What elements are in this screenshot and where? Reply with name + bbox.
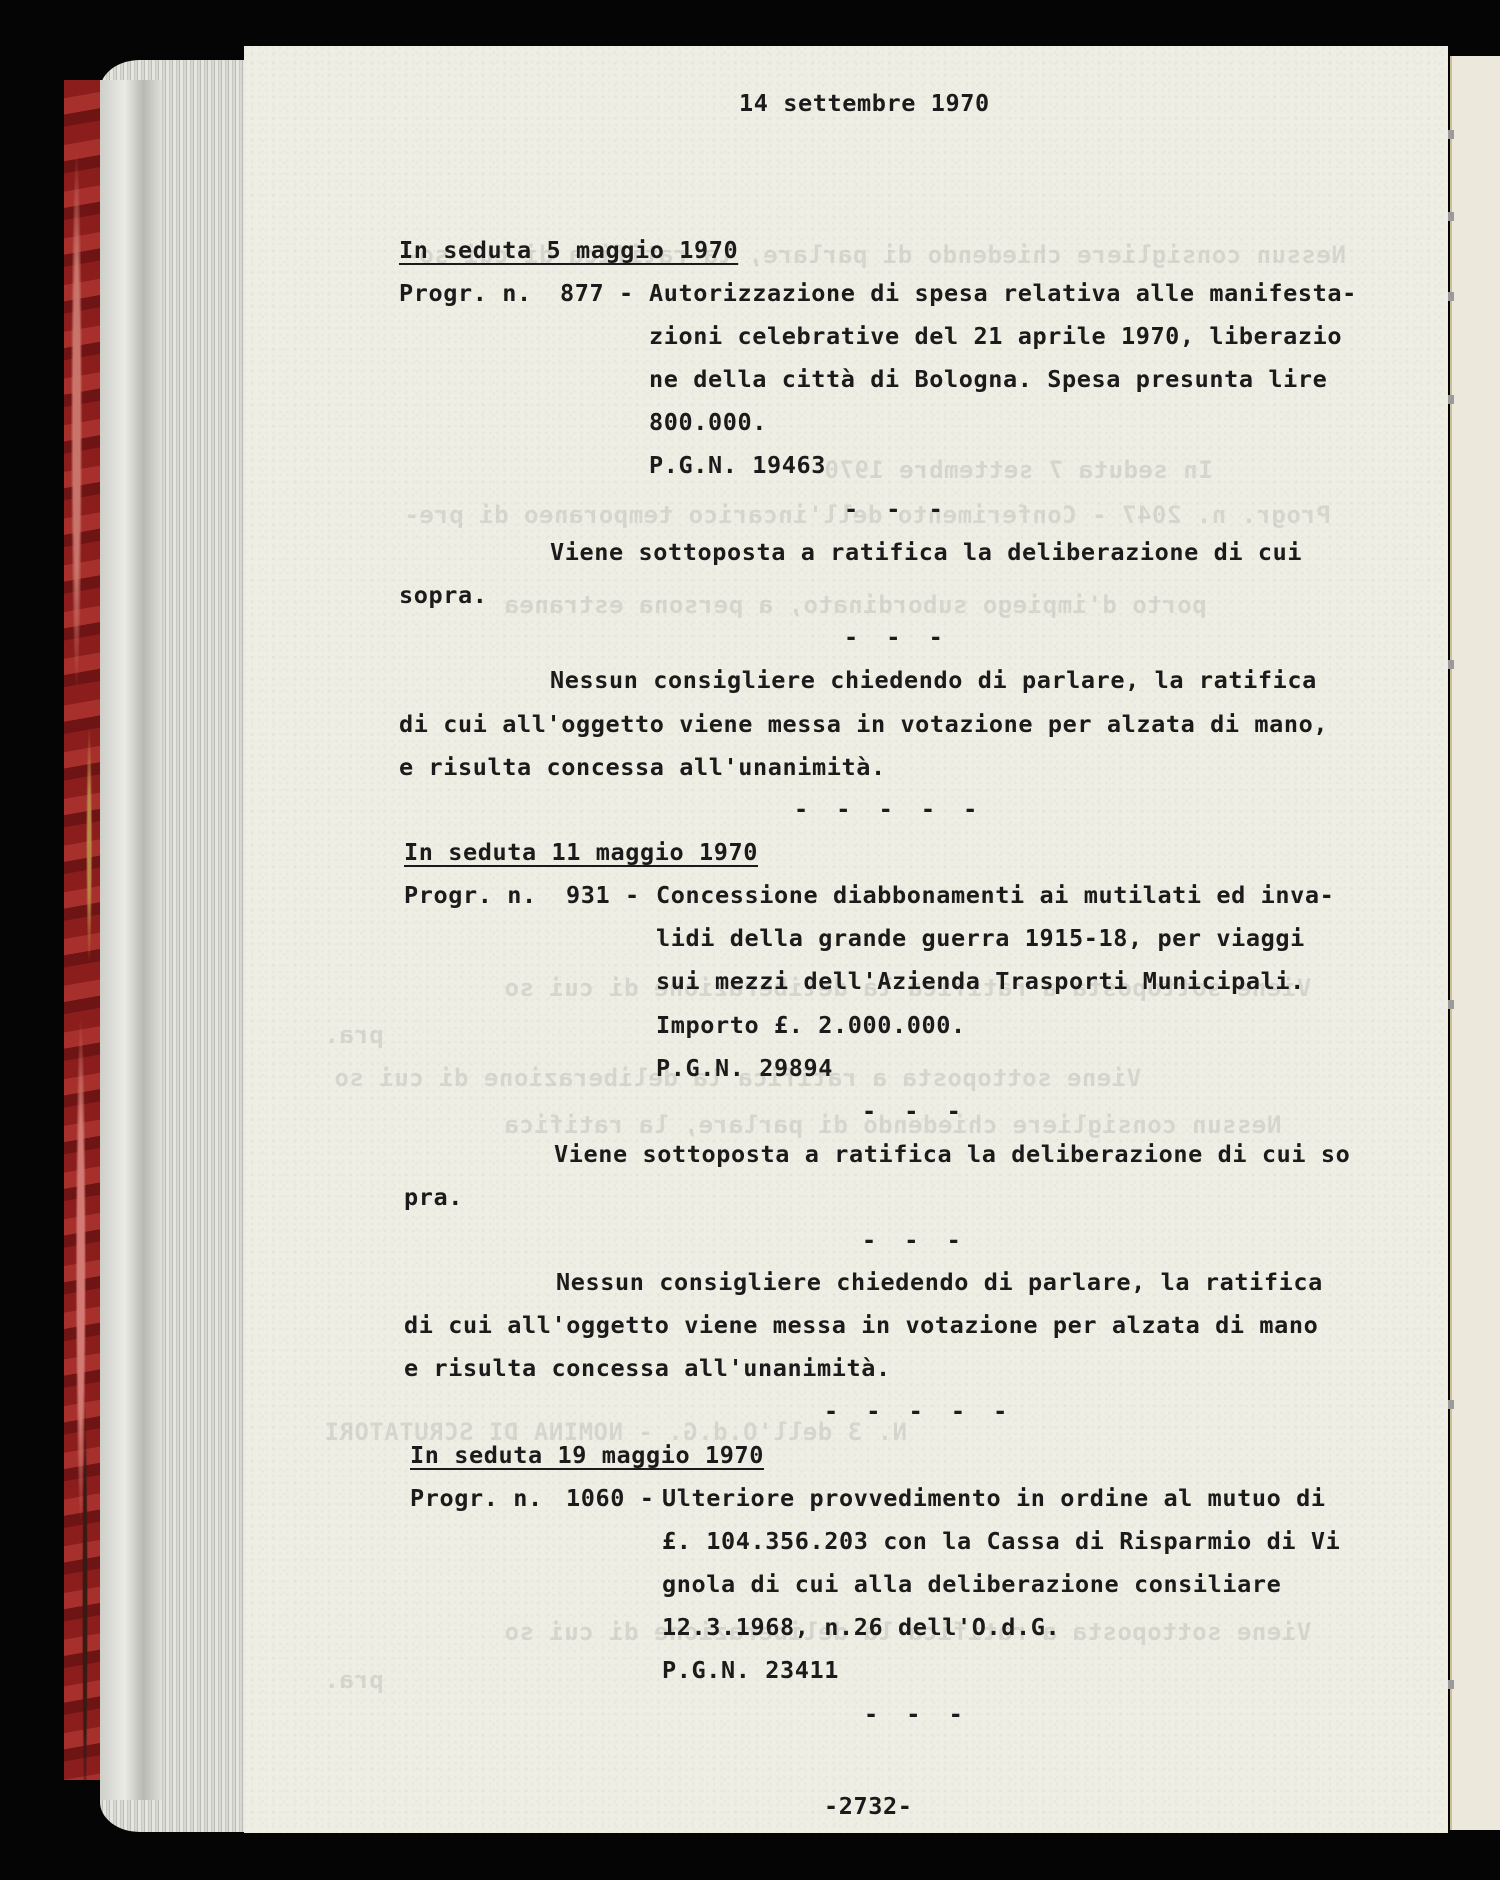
page-number: -2732- xyxy=(824,1795,913,1819)
separator: - - - - - xyxy=(824,1400,1014,1424)
vote-text: Nessun consigliere chiedendo di parlare,… xyxy=(556,1271,1323,1295)
separator: - - - xyxy=(844,498,950,522)
description-line: ne della città di Bologna. Spesa presunt… xyxy=(649,368,1327,392)
facing-page-edge xyxy=(1450,56,1500,1830)
separator: - - - xyxy=(862,1100,968,1124)
progr-number: 1060 - xyxy=(566,1487,655,1511)
separator: - - - - - xyxy=(794,798,984,822)
description-line: Autorizzazione di spesa relativa alle ma… xyxy=(649,282,1357,306)
pgn-number: P.G.N. 23411 xyxy=(662,1659,839,1683)
session-heading: In seduta 11 maggio 1970 xyxy=(404,841,758,865)
vote-text: di cui all'oggetto viene messa in votazi… xyxy=(399,713,1328,737)
document-page: Nessun consigliere chiedendo di parlare,… xyxy=(244,46,1448,1833)
description-line: Concessione diabbonamenti ai mutilati ed… xyxy=(656,884,1334,908)
show-through-text: pra. xyxy=(324,1021,384,1049)
progr-number: 877 - xyxy=(560,282,634,306)
vote-text: e risulta concessa all'unanimità. xyxy=(404,1357,891,1381)
session-heading: In seduta 5 maggio 1970 xyxy=(399,239,738,263)
page-edges-inner xyxy=(100,80,162,1800)
session-heading: In seduta 19 maggio 1970 xyxy=(410,1444,764,1468)
description-line: £. 104.356.203 con la Cassa di Risparmio… xyxy=(662,1530,1340,1554)
separator: - - - xyxy=(862,1229,968,1253)
pgn-number: P.G.N. 29894 xyxy=(656,1057,833,1081)
show-through-text: In seduta 7 settembre 1970 xyxy=(824,456,1213,484)
ratifica-text: Viene sottoposta a ratifica la deliberaz… xyxy=(550,541,1302,565)
ratifica-text: pra. xyxy=(404,1186,463,1210)
description-line: Importo £. 2.000.000. xyxy=(656,1014,966,1038)
description-line: sui mezzi dell'Azienda Trasporti Municip… xyxy=(656,970,1305,994)
description-line: zioni celebrative del 21 aprile 1970, li… xyxy=(649,325,1342,349)
description-line: Ulteriore provvedimento in ordine al mut… xyxy=(662,1487,1326,1511)
ratifica-text: sopra. xyxy=(399,584,488,608)
description-line: 800.000. xyxy=(649,411,767,435)
header-date: 14 settembre 1970 xyxy=(739,92,990,116)
pgn-number: P.G.N. 19463 xyxy=(649,454,826,478)
separator: - - - xyxy=(864,1703,970,1727)
separator: - - - xyxy=(844,626,950,650)
description-line: 12.3.1968, n.26 dell'O.d.G. xyxy=(662,1616,1060,1640)
progr-number: 931 - xyxy=(566,884,640,908)
vote-text: Nessun consigliere chiedendo di parlare,… xyxy=(550,669,1317,693)
ratifica-text: Viene sottoposta a ratifica la deliberaz… xyxy=(554,1143,1350,1167)
vote-text: e risulta concessa all'unanimità. xyxy=(399,756,886,780)
description-line: lidi della grande guerra 1915-18, per vi… xyxy=(656,927,1305,951)
show-through-text: porto d'impiego subordinato, a persona e… xyxy=(504,591,1207,619)
progr-label: Progr. n. xyxy=(404,884,537,908)
progr-label: Progr. n. xyxy=(410,1487,543,1511)
show-through-text: pra. xyxy=(324,1666,384,1694)
page-edges-stack xyxy=(100,60,250,1832)
progr-label: Progr. n. xyxy=(399,282,532,306)
vote-text: di cui all'oggetto viene messa in votazi… xyxy=(404,1314,1318,1338)
description-line: gnola di cui alla deliberazione consilia… xyxy=(662,1573,1281,1597)
